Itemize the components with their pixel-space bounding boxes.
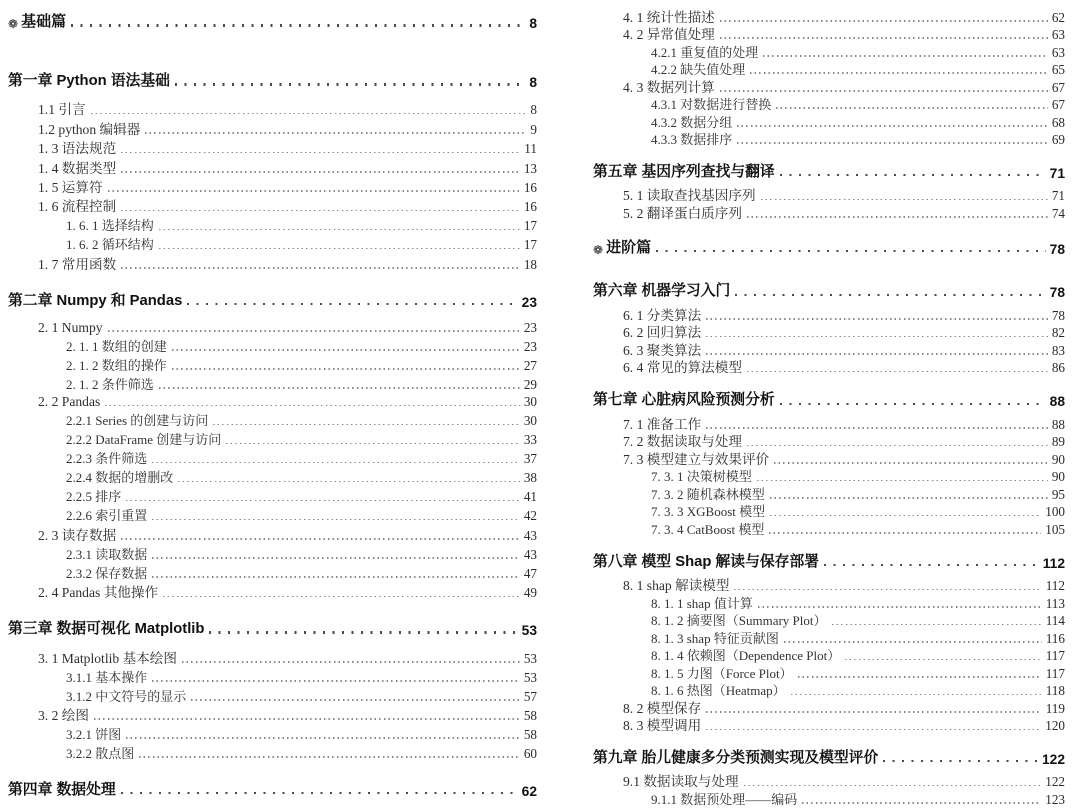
dot-leader-line	[209, 631, 517, 633]
toc-entry-label: 1. 6 流程控制	[38, 195, 116, 215]
dot-leader-line	[108, 330, 520, 332]
dot-leader-line	[757, 480, 1048, 482]
toc-entry[interactable]: 第六章 机器学习入门 78	[593, 279, 1065, 301]
dot-leader-line	[172, 349, 520, 351]
toc-entry[interactable]: 2. 1. 1 数组的创建 23	[8, 336, 537, 355]
toc-entry-page-number: 71	[1052, 188, 1065, 204]
toc-entry[interactable]: 7. 3. 1 决策树模型 90	[593, 468, 1065, 486]
toc-entry-page-number: 27	[524, 358, 537, 374]
toc-entry-label: 第八章 模型 Shap 解读与保存部署	[593, 550, 819, 571]
toc-entry[interactable]: 2.2.2 DataFrame 创建与访问 33	[8, 429, 537, 448]
dot-leader-line	[734, 589, 1041, 591]
toc-entry-label: 7. 3. 4 CatBoost 模型	[651, 519, 764, 538]
dot-leader-line	[182, 661, 520, 663]
toc-entry-page-number: 118	[1046, 683, 1065, 699]
toc-entry-page-number: 30	[524, 394, 537, 410]
toc-entry-label: 7. 3. 1 决策树模型	[651, 466, 752, 485]
dot-leader-line	[226, 443, 520, 445]
dot-leader-line	[761, 199, 1048, 201]
dot-leader-line	[152, 557, 520, 559]
dot-leader-line	[720, 90, 1048, 92]
toc-entry[interactable]: 2. 3 读存数据 43	[8, 524, 537, 543]
toc-entry-page-number: 33	[524, 432, 537, 448]
toc-entry-page-number: 41	[524, 489, 537, 505]
dot-leader-line	[747, 445, 1048, 447]
toc-entry[interactable]: 第八章 模型 Shap 解读与保存部署 112	[593, 549, 1065, 571]
toc-entry-label: 3.1.1 基本操作	[66, 667, 147, 686]
toc-entry[interactable]: 2. 1. 2 条件筛选 29	[8, 374, 537, 393]
toc-entry-page-number: 38	[524, 470, 537, 486]
dot-leader-line	[763, 55, 1048, 57]
toc-entry-page-number: 8	[529, 75, 537, 90]
toc-entry[interactable]: 7. 3. 4 CatBoost 模型 105	[593, 520, 1065, 538]
toc-entry-label: 8. 1. 1 shap 值计算	[651, 593, 753, 612]
toc-entry-label: 6. 4 常见的算法模型	[623, 356, 742, 376]
toc-entry-page-number: 105	[1045, 522, 1065, 538]
dot-leader-line	[706, 353, 1048, 355]
toc-entry[interactable]: 2. 2 Pandas 30	[8, 393, 537, 410]
toc-entry-label: 第一章 Python 语法基础	[8, 69, 170, 90]
dot-leader-line	[139, 756, 520, 758]
dot-leader-line	[159, 229, 520, 231]
toc-entry-page-number: 17	[524, 237, 537, 253]
toc-entry-page-number: 88	[1052, 417, 1065, 433]
toc-entry-page-number: 49	[524, 585, 537, 601]
toc-entry[interactable]: 9.1 数据读取与处理 122	[593, 773, 1065, 791]
toc-entry-page-number: 100	[1045, 504, 1065, 520]
toc-entry-page-number: 62	[1052, 10, 1065, 26]
toc-entry-page-number: 13	[524, 161, 537, 177]
toc-entry-label: 8. 1. 2 摘要图（Summary Plot）	[651, 610, 827, 629]
toc-entry-page-number: 29	[524, 377, 537, 393]
toc-entry-label: 2. 1. 2 数组的操作	[66, 355, 167, 374]
toc-entry-label: 第六章 机器学习入门	[593, 279, 730, 300]
toc-entry[interactable]: 2.2.3 条件筛选 37	[8, 448, 537, 467]
toc-entry[interactable]: 3.2.2 散点图 60	[8, 743, 537, 762]
dot-leader-line	[159, 387, 520, 389]
toc-entry[interactable]: 1. 6. 2 循环结构 17	[8, 234, 537, 253]
dot-leader-line	[191, 699, 520, 701]
toc-entry-page-number: 116	[1046, 631, 1065, 647]
dot-leader-line	[720, 20, 1048, 22]
dot-leader-line	[213, 424, 520, 426]
toc-entry-label: 第九章 胎儿健康多分类预测实现及模型评价	[593, 746, 878, 767]
toc-entry-label: 3. 1 Matplotlib 基本绘图	[38, 647, 177, 667]
toc-entry-page-number: 53	[522, 623, 537, 638]
toc-entry-label: 2. 1. 2 条件筛选	[66, 374, 154, 393]
dot-leader-line	[121, 267, 520, 269]
dot-leader-line	[776, 107, 1048, 109]
toc-entry-page-number: 117	[1046, 666, 1065, 682]
toc-entry-page-number: 120	[1045, 718, 1065, 734]
dot-leader-line	[152, 576, 520, 578]
toc-page: ❁ 基础篇 8 第一章 Python 语法基础 8 1.1 引言 8 1.2 p…	[0, 0, 1080, 808]
toc-entry-label: 2.2.6 索引重置	[66, 505, 147, 524]
dot-leader-line	[770, 497, 1048, 499]
dot-leader-line	[108, 190, 520, 192]
dot-leader-line	[172, 368, 520, 370]
toc-entry-label: 5. 2 翻译蛋白质序列	[623, 202, 742, 222]
toc-entry[interactable]: 4.2.1 重复值的处理 63	[593, 43, 1065, 61]
toc-entry[interactable]: 8. 1. 4 依赖图（Dependence Plot） 117	[593, 647, 1065, 665]
toc-entry[interactable]: 第三章 数据可视化 Matplotlib 53	[8, 617, 537, 638]
toc-entry-page-number: 11	[524, 141, 537, 157]
toc-entry-page-number: 63	[1052, 27, 1065, 43]
dot-leader-line	[706, 318, 1048, 320]
toc-entry-page-number: 117	[1046, 648, 1065, 664]
dot-leader-line	[121, 210, 520, 212]
dot-leader-line	[121, 538, 520, 540]
dot-leader-line	[750, 72, 1048, 74]
toc-entry-label: 1. 4 数据类型	[38, 157, 116, 177]
toc-entry[interactable]: 2.2.1 Series 的创建与访问 30	[8, 410, 537, 429]
toc-entry-label: 进阶篇	[606, 236, 651, 257]
toc-entry[interactable]: 3. 2 绘图 58	[8, 705, 537, 724]
dot-leader-line	[791, 694, 1042, 696]
dot-leader-line	[163, 596, 520, 598]
toc-entry-label: 7. 3. 2 随机森林模型	[651, 484, 765, 503]
toc-entry-page-number: 67	[1052, 97, 1065, 113]
toc-entry-label: 1.2 python 编辑器	[38, 118, 140, 138]
dot-leader-line	[747, 371, 1048, 373]
toc-entry-page-number: 82	[1052, 325, 1065, 341]
dot-leader-line	[706, 729, 1041, 731]
toc-entry-page-number: 43	[524, 528, 537, 544]
toc-entry-label: 3.2.2 散点图	[66, 743, 134, 762]
toc-entry[interactable]: 4.3.1 对数据进行替换 67	[593, 96, 1065, 114]
toc-entry-page-number: 58	[524, 727, 537, 743]
toc-entry-page-number: 47	[524, 566, 537, 582]
dot-leader-line	[94, 718, 520, 720]
toc-entry[interactable]: 6. 4 常见的算法模型 86	[593, 359, 1065, 377]
toc-entry[interactable]: 7. 3. 2 随机森林模型 95	[593, 485, 1065, 503]
toc-entry-page-number: 65	[1052, 62, 1065, 78]
toc-entry[interactable]: 2.3.1 读取数据 43	[8, 544, 537, 563]
toc-entry-page-number: 95	[1052, 487, 1065, 503]
toc-entry-page-number: 112	[1046, 578, 1065, 594]
toc-entry[interactable]: 第五章 基因序列查找与翻译 71	[593, 159, 1065, 181]
toc-entry-label: 1. 7 常用函数	[38, 253, 116, 273]
toc-entry[interactable]: 8. 1. 3 shap 特征贡献图 116	[593, 629, 1065, 647]
toc-entry-label: 1. 6. 2 循环结构	[66, 234, 154, 253]
dot-leader-line	[720, 37, 1048, 39]
toc-entry-page-number: 57	[524, 689, 537, 705]
toc-entry-label: 2.2.1 Series 的创建与访问	[66, 410, 208, 429]
toc-entry[interactable]: 9.1.1 数据预处理——编码 123	[593, 790, 1065, 808]
toc-entry-page-number: 23	[524, 339, 537, 355]
toc-entry-label: 2.3.1 读取数据	[66, 544, 147, 563]
dot-leader-line	[656, 250, 1046, 252]
toc-entry[interactable]: 8. 1. 1 shap 值计算 113	[593, 594, 1065, 612]
toc-entry-page-number: 122	[1042, 752, 1065, 767]
dot-leader-line	[824, 564, 1039, 566]
toc-entry-page-number: 62	[522, 784, 537, 799]
toc-entry-label: 8. 3 模型调用	[623, 714, 701, 734]
dot-leader-line	[706, 336, 1048, 338]
dot-leader-line	[845, 659, 1042, 661]
toc-entry[interactable]: 第九章 胎儿健康多分类预测实现及模型评价 122	[593, 745, 1065, 767]
toc-entry[interactable]: 2. 4 Pandas 其他操作 49	[8, 582, 537, 601]
dot-leader-line	[187, 303, 517, 305]
dot-leader-line	[774, 462, 1048, 464]
toc-entry-label: 8. 1. 5 力图（Force Plot）	[651, 663, 793, 682]
toc-entry[interactable]: 8. 1. 5 力图（Force Plot） 117	[593, 664, 1065, 682]
toc-entry-label: 4. 3 数据列计算	[623, 76, 715, 96]
toc-entry-label: 2.3.2 保存数据	[66, 563, 147, 582]
toc-entry[interactable]: 4.3.2 数据分组 68	[593, 113, 1065, 131]
dot-leader-line	[126, 737, 520, 739]
toc-entry-page-number: 37	[524, 451, 537, 467]
toc-entry[interactable]: 第七章 心脏病风险预测分析 88	[593, 387, 1065, 409]
toc-entry-label: 4.3.1 对数据进行替换	[651, 94, 771, 113]
toc-entry[interactable]: 1. 6. 1 选择结构 17	[8, 215, 537, 234]
toc-entry[interactable]: ❁ 进阶篇 78	[593, 235, 1065, 257]
toc-entry-label: 8. 1. 4 依赖图（Dependence Plot）	[651, 645, 840, 664]
toc-entry[interactable]: 8. 3 模型调用 120	[593, 717, 1065, 735]
toc-entry[interactable]: 1.2 python 编辑器 9	[8, 118, 537, 137]
toc-entry-page-number: 74	[1052, 206, 1065, 222]
toc-entry-label: 4.3.3 数据排序	[651, 129, 732, 148]
toc-entry[interactable]: 3.2.1 饼图 58	[8, 724, 537, 743]
toc-entry[interactable]: 2.2.4 数据的增删改 38	[8, 467, 537, 486]
toc-entry[interactable]: 2. 1 Numpy 23	[8, 319, 537, 336]
toc-entry[interactable]: 1.1 引言 8	[8, 99, 537, 118]
dot-leader-line	[178, 481, 520, 483]
dot-leader-line	[145, 132, 526, 134]
dot-leader-line	[737, 125, 1048, 127]
toc-entry-page-number: 8	[530, 102, 537, 118]
dot-leader-line	[121, 152, 520, 154]
toc-entry-page-number: 78	[1052, 308, 1065, 324]
toc-entry-page-number: 16	[524, 199, 537, 215]
toc-entry[interactable]: ❁ 基础篇 8	[8, 10, 537, 31]
toc-entry-page-number: 113	[1046, 596, 1065, 612]
toc-entry-label: 2.2.4 数据的增删改	[66, 467, 173, 486]
toc-entry-page-number: 16	[524, 180, 537, 196]
toc-entry-label: 2.2.5 排序	[66, 486, 121, 505]
toc-entry-label: 7. 3. 3 XGBoost 模型	[651, 501, 765, 520]
dot-leader-line	[71, 24, 525, 26]
dot-leader-line	[770, 515, 1041, 517]
toc-entry[interactable]: 1. 5 运算符 16	[8, 177, 537, 196]
toc-entry-page-number: 68	[1052, 115, 1065, 131]
toc-entry[interactable]: 8. 1 shap 解读模型 112	[593, 577, 1065, 595]
toc-entry-page-number: 67	[1052, 80, 1065, 96]
dot-leader-line	[769, 532, 1041, 534]
dot-leader-line	[159, 248, 520, 250]
toc-entry-label: 2. 1. 1 数组的创建	[66, 336, 167, 355]
toc-entry-label: 第四章 数据处理	[8, 778, 116, 799]
toc-entry-label: 1. 6. 1 选择结构	[66, 215, 154, 234]
toc-entry-page-number: 88	[1050, 394, 1065, 409]
toc-entry-page-number: 119	[1046, 701, 1065, 717]
toc-entry-page-number: 9	[530, 122, 537, 138]
toc-entry[interactable]: 3.1.2 中文符号的显示 57	[8, 686, 537, 705]
toc-entry-label: 第七章 心脏病风险预测分析	[593, 388, 775, 409]
toc-entry-page-number: 23	[522, 295, 537, 310]
toc-entry-page-number: 90	[1052, 469, 1065, 485]
dot-leader-line	[121, 171, 520, 173]
toc-entry-label: 8. 1. 3 shap 特征贡献图	[651, 628, 779, 647]
dot-leader-line	[744, 785, 1042, 787]
toc-entry-label: 4. 2 异常值处理	[623, 23, 715, 43]
toc-entry-label: 第五章 基因序列查找与翻译	[593, 160, 775, 181]
toc-entry-page-number: 42	[524, 508, 537, 524]
toc-entry-page-number: 23	[524, 320, 537, 336]
toc-entry-page-number: 86	[1052, 360, 1065, 376]
toc-entry-page-number: 78	[1050, 242, 1065, 257]
toc-entry[interactable]: 2.3.2 保存数据 47	[8, 563, 537, 582]
toc-entry-page-number: 17	[524, 218, 537, 234]
dot-leader-line	[758, 606, 1042, 608]
toc-entry-page-number: 78	[1050, 285, 1065, 300]
toc-entry[interactable]: 7. 3. 3 XGBoost 模型 100	[593, 503, 1065, 521]
toc-entry-page-number: 112	[1043, 556, 1065, 571]
toc-entry-label: 2. 2 Pandas	[38, 394, 100, 410]
dot-leader-line	[175, 83, 525, 85]
toc-entry-page-number: 123	[1045, 792, 1065, 808]
dot-leader-line	[706, 427, 1048, 429]
toc-entry-page-number: 90	[1052, 452, 1065, 468]
dot-leader-line	[802, 802, 1041, 804]
toc-entry[interactable]: 4.3.3 数据排序 69	[593, 131, 1065, 149]
toc-entry[interactable]: 1. 4 数据类型 13	[8, 157, 537, 176]
toc-entry-page-number: 8	[529, 16, 537, 31]
dot-leader-line	[737, 142, 1048, 144]
toc-entry[interactable]: 1. 6 流程控制 16	[8, 196, 537, 215]
toc-entry-page-number: 89	[1052, 434, 1065, 450]
toc-entry-label: 9.1 数据读取与处理	[623, 770, 739, 790]
toc-entry[interactable]: 2. 1. 2 数组的操作 27	[8, 355, 537, 374]
toc-entry-page-number: 58	[524, 708, 537, 724]
dot-leader-line	[798, 676, 1042, 678]
toc-entry-page-number: 30	[524, 413, 537, 429]
toc-entry-page-number: 71	[1050, 166, 1065, 181]
toc-entry-page-number: 122	[1045, 774, 1065, 790]
dot-leader-line	[747, 216, 1048, 218]
toc-column-left: ❁ 基础篇 8 第一章 Python 语法基础 8 1.1 引言 8 1.2 p…	[8, 8, 537, 808]
toc-entry-label: 2. 1 Numpy	[38, 320, 103, 336]
dot-leader-line	[735, 294, 1045, 296]
toc-entry-label: 1. 3 语法规范	[38, 137, 116, 157]
toc-entry-label: 第二章 Numpy 和 Pandas	[8, 289, 182, 310]
toc-entry-page-number: 114	[1046, 613, 1065, 629]
toc-entry[interactable]: 4. 3 数据列计算 67	[593, 78, 1065, 96]
toc-entry-label: 1. 5 运算符	[38, 176, 103, 196]
toc-entry-label: 2. 4 Pandas 其他操作	[38, 581, 158, 601]
toc-entry-label: 1.1 引言	[38, 98, 86, 118]
toc-entry-page-number: 63	[1052, 45, 1065, 61]
toc-entry-label: 4.3.2 数据分组	[651, 112, 732, 131]
toc-entry-label: 3.2.1 饼图	[66, 724, 121, 743]
dot-leader-line	[706, 711, 1042, 713]
toc-entry-label: 9.1.1 数据预处理——编码	[651, 789, 797, 808]
toc-entry[interactable]: 3.1.1 基本操作 53	[8, 667, 537, 686]
toc-entry-label: 第三章 数据可视化 Matplotlib	[8, 617, 204, 638]
dot-leader-line	[105, 405, 520, 407]
flower-bullet-icon: ❁	[8, 17, 18, 31]
dot-leader-line	[121, 792, 518, 794]
toc-entry-label: 2. 3 读存数据	[38, 524, 116, 544]
toc-entry[interactable]: 8. 1. 2 摘要图（Summary Plot） 114	[593, 612, 1065, 630]
toc-entry[interactable]: 7. 3 模型建立与效果评价 90	[593, 450, 1065, 468]
toc-entry-label: 4.2.1 重复值的处理	[651, 42, 758, 61]
toc-entry[interactable]: 第四章 数据处理 62	[8, 778, 537, 799]
dot-leader-line	[780, 174, 1046, 176]
dot-leader-line	[883, 760, 1038, 762]
toc-entry-label: 3. 2 绘图	[38, 704, 89, 724]
dot-leader-line	[152, 680, 520, 682]
toc-column-right: 4. 1 统计性描述 62 4. 2 异常值处理 63 4.2.1 重复值的处理…	[593, 8, 1065, 808]
toc-entry-page-number: 69	[1052, 132, 1065, 148]
toc-entry[interactable]: 1. 7 常用函数 18	[8, 253, 537, 272]
toc-entry[interactable]: 1. 3 语法规范 11	[8, 138, 537, 157]
toc-entry-page-number: 53	[524, 651, 537, 667]
dot-leader-line	[126, 500, 520, 502]
toc-entry[interactable]: 第二章 Numpy 和 Pandas 23	[8, 289, 537, 310]
toc-entry-page-number: 43	[524, 547, 537, 563]
flower-bullet-icon: ❁	[593, 243, 603, 257]
toc-entry-label: 3.1.2 中文符号的显示	[66, 686, 186, 705]
toc-entry[interactable]: 第一章 Python 语法基础 8	[8, 69, 537, 90]
dot-leader-line	[91, 113, 527, 115]
dot-leader-line	[152, 519, 520, 521]
toc-entry-label: 2.2.3 条件筛选	[66, 448, 147, 467]
toc-entry[interactable]: 2.2.5 排序 41	[8, 486, 537, 505]
toc-entry-page-number: 60	[524, 746, 537, 762]
toc-entry-page-number: 18	[524, 257, 537, 273]
dot-leader-line	[780, 403, 1046, 405]
toc-entry[interactable]: 3. 1 Matplotlib 基本绘图 53	[8, 647, 537, 666]
dot-leader-line	[784, 641, 1042, 643]
dot-leader-line	[152, 462, 520, 464]
toc-entry[interactable]: 4. 2 异常值处理 63	[593, 26, 1065, 44]
toc-entry[interactable]: 5. 2 翻译蛋白质序列 74	[593, 204, 1065, 222]
toc-entry-page-number: 83	[1052, 343, 1065, 359]
toc-entry-label: 2.2.2 DataFrame 创建与访问	[66, 429, 221, 448]
toc-entry-label: 8. 1 shap 解读模型	[623, 574, 729, 594]
toc-entry-label: 基础篇	[21, 10, 66, 31]
toc-entry-page-number: 53	[524, 670, 537, 686]
toc-entry-label: 7. 3 模型建立与效果评价	[623, 448, 769, 468]
toc-entry[interactable]: 2.2.6 索引重置 42	[8, 505, 537, 524]
dot-leader-line	[832, 624, 1042, 626]
